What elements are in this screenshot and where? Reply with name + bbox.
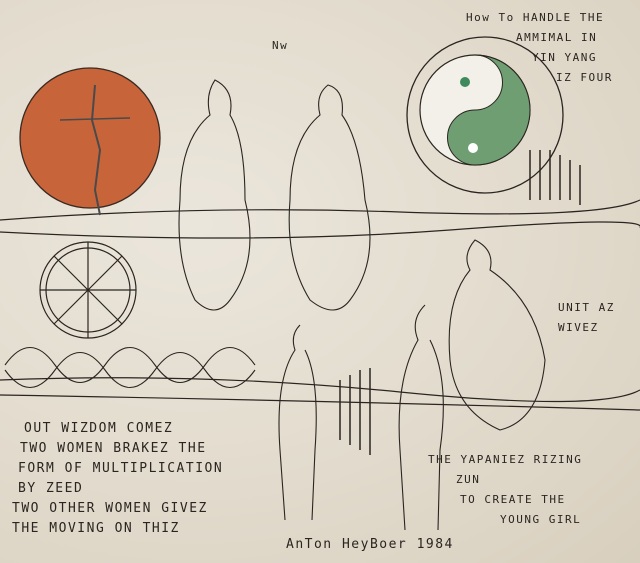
text-wives: WIVEZ (558, 320, 599, 335)
text-bottom-left-6: THE MOVING ON THIZ (12, 520, 180, 538)
red-sun-disc (20, 68, 160, 215)
text-top-right-3: YIN YANG (532, 50, 597, 65)
text-top-right-1: How To HANDLE THE (466, 10, 604, 25)
text-top-right-4: IZ FOUR (556, 70, 613, 85)
text-bottom-left-4: BY ZEED (18, 480, 83, 498)
artwork-drawing (0, 0, 640, 563)
text-top-right-2: AMMIMAL IN (516, 30, 597, 45)
text-bottom-left-2: TWO WOMEN BRAKEZ THE (20, 440, 207, 458)
wheel (40, 242, 136, 338)
text-bottom-right-3: TO CREATE THE (460, 492, 566, 507)
text-bottom-right-4: YOUNG GIRL (500, 512, 581, 527)
text-bottom-right-2: ZUN (456, 472, 480, 487)
wave-lines (5, 348, 255, 388)
text-unit: UNIT AZ (558, 300, 615, 315)
text-bottom-left-5: TWO OTHER WOMEN GIVEZ (12, 500, 208, 518)
text-bottom-left-1: OUT WIZDOM COMEZ (24, 420, 173, 438)
artist-signature: AnTon HeyBoer 1984 (286, 536, 454, 554)
scribble-nw: Nw (272, 38, 288, 53)
text-bottom-right-1: THE YAPANIEZ RIZING (428, 452, 582, 467)
etching-artwork: How To HANDLE THE AMMIMAL IN YIN YANG IZ… (0, 0, 640, 563)
text-bottom-left-3: FORM OF MULTIPLICATION (18, 460, 223, 478)
